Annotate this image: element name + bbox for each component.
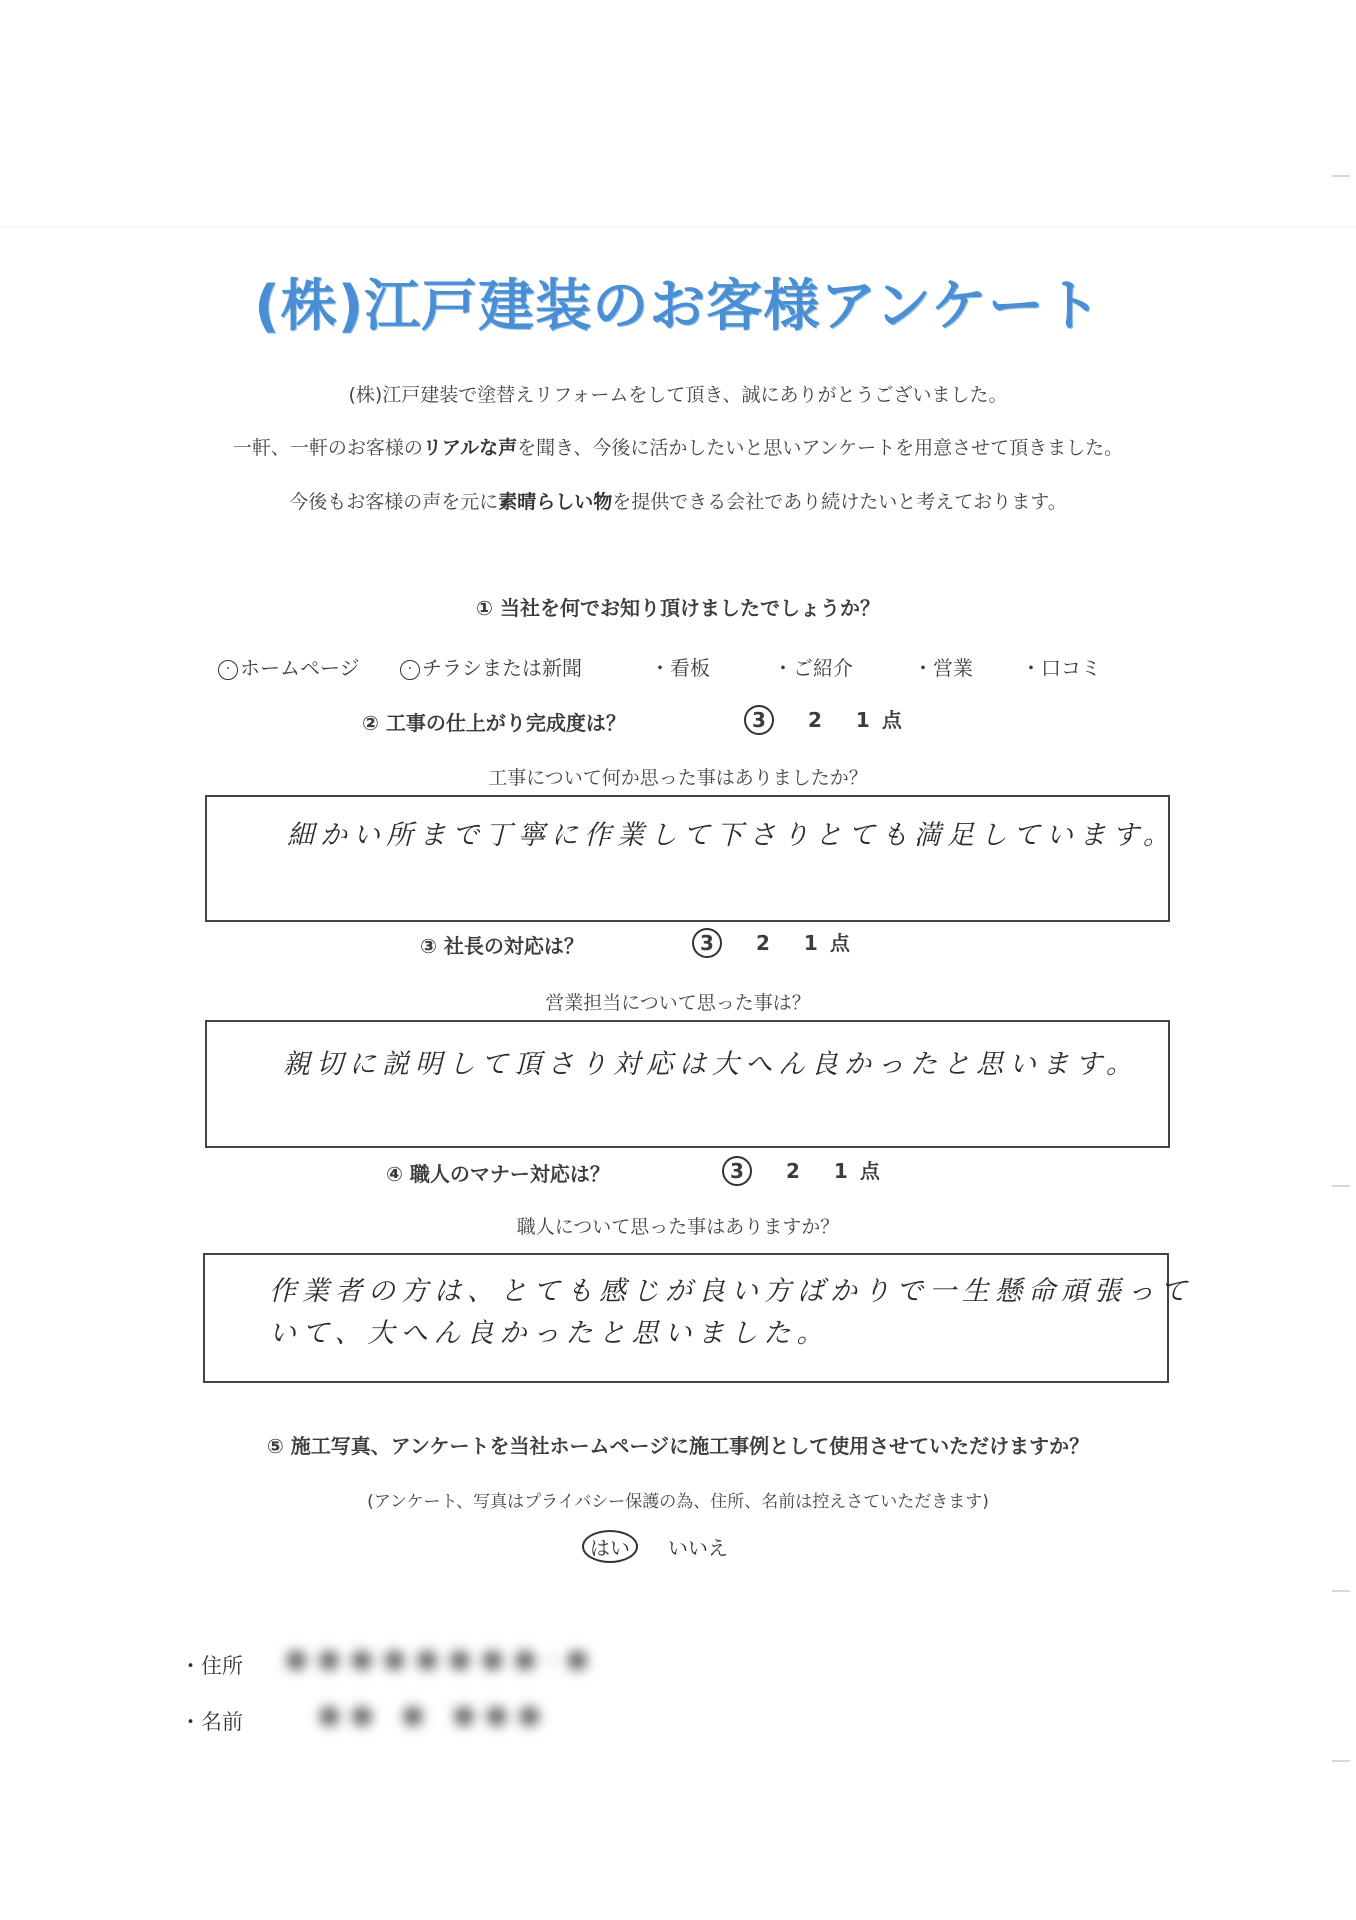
scan-mark [1332, 1185, 1350, 1187]
question-2-rating: 321点 [744, 704, 936, 735]
handwritten-comment: 親切に説明して頂さり対応は大へん良かったと思います。 [283, 1042, 1139, 1081]
survey-title: (株)江戸建装のお客様アンケート [0, 262, 1356, 342]
scan-edge [0, 226, 1356, 228]
question-2-comment-box[interactable]: 細かい所まで丁寧に作業して下さりとても満足しています。 [205, 795, 1170, 922]
option-word-of-mouth[interactable]: ・口コミ [1021, 652, 1101, 681]
question-3-label: ③ 社長の対応は？ [420, 930, 584, 959]
handwritten-comment-line-1: 作業者の方は、とても感じが良い方ばかりで一生懸命頑張って [269, 1269, 1193, 1308]
selected-circle-icon: · [218, 660, 238, 680]
name-label: ・名前 [180, 1706, 243, 1736]
score-3-selected[interactable]: 3 [744, 705, 774, 735]
intro-text: 今後もお客様の声を元に [289, 491, 498, 513]
question-4-comment-box[interactable]: 作業者の方は、とても感じが良い方ばかりで一生懸命頑張って いて、大へん良かったと… [203, 1253, 1169, 1383]
score-2[interactable]: 2 [808, 708, 822, 732]
no-option[interactable]: いいえ [668, 1536, 728, 1560]
question-4-comment-prompt: 職人について思った事はありますか？ [0, 1212, 1356, 1239]
question-3-comment-box[interactable]: 親切に説明して頂さり対応は大へん良かったと思います。 [205, 1020, 1170, 1148]
question-2-label: ② 工事の仕上がり完成度は？ [362, 707, 626, 736]
option-referral[interactable]: ・ご紹介 [773, 652, 853, 681]
handwritten-comment-line-2: いて、大へん良かったと思いました。 [269, 1311, 829, 1350]
intro-line-2: 一軒、一軒のお客様のリアルな声を聞き、今後に活かしたいと思いアンケートを用意させ… [0, 433, 1356, 460]
question-3-rating: 321点 [692, 927, 884, 958]
question-5-note: (アンケート、写真はプライバシー保護の為、住所、名前は控えさていただきます) [0, 1487, 1356, 1512]
scan-mark [1332, 1590, 1350, 1592]
intro-line-3: 今後もお客様の声を元に素晴らしい物を提供できる会社であり続けたいと考えております… [0, 487, 1356, 514]
score-2[interactable]: 2 [786, 1159, 800, 1183]
score-2[interactable]: 2 [756, 931, 770, 955]
selected-circle-icon: · [400, 660, 420, 680]
scan-mark [1332, 1760, 1350, 1762]
score-unit: 点 [830, 927, 850, 956]
question-4-rating: 321点 [722, 1155, 914, 1186]
score-1[interactable]: 1 [834, 1159, 848, 1183]
question-3-comment-prompt: 営業担当について思った事は？ [0, 988, 1356, 1015]
intro-text: を提供できる会社であり続けたいと考えております。 [612, 491, 1066, 513]
option-flyer-newspaper[interactable]: ·チラシまたは新聞 [400, 652, 582, 681]
score-unit: 点 [860, 1155, 880, 1184]
score-3-selected[interactable]: 3 [692, 928, 722, 958]
option-signboard[interactable]: ・看板 [650, 652, 710, 681]
question-2-comment-prompt: 工事について何か思った事はありましたか？ [0, 763, 1356, 790]
intro-text: を聞き、今後に活かしたいと思いアンケートを用意させて頂きました。 [517, 437, 1123, 459]
intro-text: 一軒、一軒のお客様の [233, 437, 423, 459]
score-1[interactable]: 1 [856, 708, 870, 732]
score-3-selected[interactable]: 3 [722, 1156, 752, 1186]
intro-emphasis: 素晴らしい物 [498, 491, 612, 513]
address-label: ・住所 [180, 1650, 243, 1680]
address-value-redacted: ●●●●●●●●-● [285, 1644, 599, 1674]
question-5-answer: はいいいえ [582, 1530, 728, 1563]
option-label: ホームページ [240, 656, 360, 680]
intro-line-1: (株)江戸建装で塗替えリフォームをして頂き、誠にありがとうございました。 [0, 380, 1356, 407]
score-1[interactable]: 1 [804, 931, 818, 955]
handwritten-comment: 細かい所まで丁寧に作業して下さりとても満足しています。 [287, 813, 1176, 852]
scan-mark [1332, 175, 1350, 177]
option-homepage[interactable]: ·ホームページ [218, 652, 360, 681]
option-label: チラシまたは新聞 [422, 656, 582, 680]
intro-text: (株)江戸建装で塗替えリフォームをして頂き、誠にありがとうございました。 [348, 384, 1007, 406]
question-1-label: ① 当社を何でお知り頂けましたでしょうか？ [0, 592, 1356, 621]
yes-option-selected[interactable]: はい [582, 1530, 638, 1563]
score-unit: 点 [882, 704, 902, 733]
name-value-redacted: ●● ● ●●● [318, 1700, 551, 1730]
option-sales[interactable]: ・営業 [913, 652, 973, 681]
question-5-label: ⑤ 施工写真、アンケートを当社ホームページに施工事例として使用させていただけます… [0, 1430, 1356, 1459]
intro-emphasis: リアルな声 [423, 437, 517, 459]
question-4-label: ④ 職人のマナー対応は？ [386, 1158, 610, 1187]
